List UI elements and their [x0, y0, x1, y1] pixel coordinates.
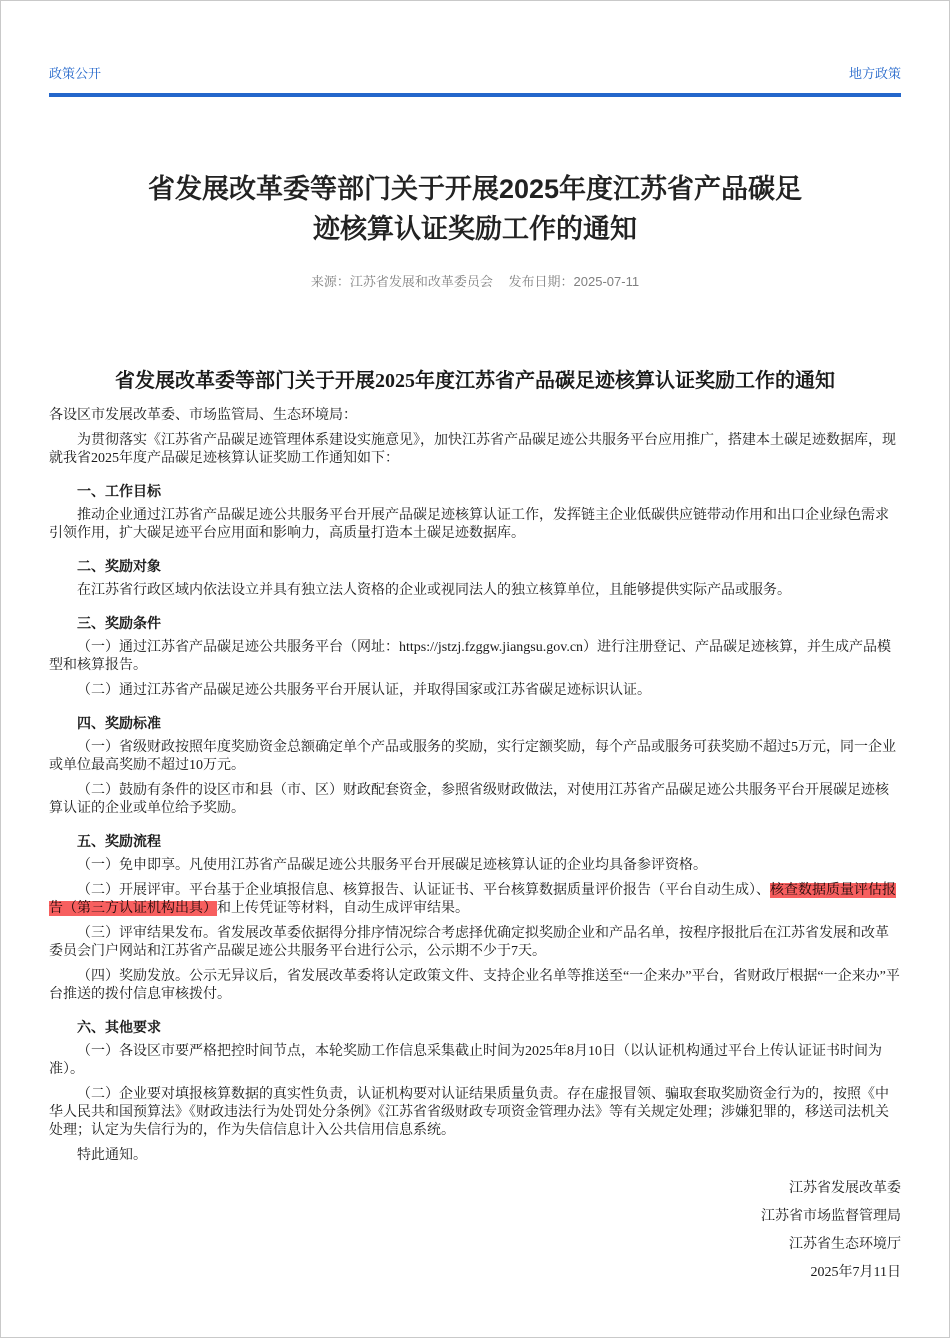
- section-1-paragraph-1: 推动企业通过江苏省产品碳足迹公共服务平台开展产品碳足迹核算认证工作，发挥链主企业…: [49, 507, 901, 543]
- document-title: 省发展改革委等部门关于开展2025年度江苏省产品碳足迹核算认证奖励工作的通知: [49, 368, 901, 394]
- page-title: 省发展改革委等部门关于开展2025年度江苏省产品碳足迹核算认证奖励工作的通知: [135, 169, 815, 249]
- closing-line: 特此通知。: [49, 1147, 901, 1165]
- document-body: 省发展改革委等部门关于开展2025年度江苏省产品碳足迹核算认证奖励工作的通知 各…: [49, 368, 901, 1287]
- section-1-heading: 一、工作目标: [49, 482, 901, 500]
- nav-link-policy-disclosure[interactable]: 政策公开: [49, 63, 101, 82]
- section-3-heading: 三、奖励条件: [49, 614, 901, 632]
- intro-paragraph: 为贯彻落实《江苏省产品碳足迹管理体系建设实施意见》，加快江苏省产品碳足迹公共服务…: [49, 432, 901, 468]
- section-5-paragraph-1: （一）免申即享。凡使用江苏省产品碳足迹公共服务平台开展碳足迹核算认证的企业均具备…: [49, 857, 901, 875]
- section-2-heading: 二、奖励对象: [49, 557, 901, 575]
- section-4-paragraph-1: （一）省级财政按照年度奖励资金总额确定单个产品或服务的奖励，实行定额奖励，每个产…: [49, 739, 901, 775]
- article-source: 来源：江苏省发展和改革委员会: [311, 274, 493, 289]
- article-publish-date: 发布日期：2025-07-11: [509, 274, 640, 289]
- top-nav: 政策公开 地方政策: [49, 63, 901, 82]
- section-4-heading: 四、奖励标准: [49, 714, 901, 732]
- signature-org-1: 江苏省发展改革委: [49, 1175, 901, 1203]
- section-5-paragraph-3: （三）评审结果发布。省发展改革委依据得分排序情况综合考虑择优确定拟奖励企业和产品…: [49, 925, 901, 961]
- header-divider-bar: [49, 93, 901, 97]
- section-3-paragraph-1: （一）通过江苏省产品碳足迹公共服务平台（网址：https://jstzj.fzg…: [49, 639, 901, 675]
- nav-link-local-policy[interactable]: 地方政策: [849, 63, 901, 82]
- signature-org-3: 江苏省生态环境厅: [49, 1231, 901, 1259]
- section-6-heading: 六、其他要求: [49, 1018, 901, 1036]
- section-5-paragraph-4: （四）奖励发放。公示无异议后，省发展改革委将认定政策文件、支持企业名单等推送至“…: [49, 968, 901, 1004]
- page: 政策公开 地方政策 省发展改革委等部门关于开展2025年度江苏省产品碳足迹核算认…: [0, 0, 950, 1338]
- section-4-paragraph-2: （二）鼓励有条件的设区市和县（市、区）财政配套资金，参照省级财政做法，对使用江苏…: [49, 782, 901, 818]
- signature-org-2: 江苏省市场监督管理局: [49, 1203, 901, 1231]
- salutation: 各设区市发展改革委、市场监管局、生态环境局：: [49, 407, 901, 425]
- section-5-paragraph-2: （二）开展评审。平台基于企业填报信息、核算报告、认证证书、平台核算数据质量评价报…: [49, 882, 901, 918]
- signature-block: 江苏省发展改革委 江苏省市场监督管理局 江苏省生态环境厅 2025年7月11日: [49, 1175, 901, 1287]
- paragraph-text: 和上传凭证等材料，自动生成评审结果。: [217, 901, 469, 916]
- section-5-heading: 五、奖励流程: [49, 832, 901, 850]
- signature-date: 2025年7月11日: [49, 1259, 901, 1287]
- section-6-paragraph-2: （二）企业要对填报核算数据的真实性负责，认证机构要对认证结果质量负责。存在虚报冒…: [49, 1086, 901, 1140]
- article-meta: 来源：江苏省发展和改革委员会 发布日期：2025-07-11: [49, 271, 901, 290]
- section-6-paragraph-1: （一）各设区市要严格把控时间节点，本轮奖励工作信息采集截止时间为2025年8月1…: [49, 1043, 901, 1079]
- paragraph-text: （二）开展评审。平台基于企业填报信息、核算报告、认证证书、平台核算数据质量评价报…: [77, 883, 770, 898]
- section-2-paragraph-1: 在江苏省行政区域内依法设立并具有独立法人资格的企业或视同法人的独立核算单位，且能…: [49, 582, 901, 600]
- section-3-paragraph-2: （二）通过江苏省产品碳足迹公共服务平台开展认证，并取得国家或江苏省碳足迹标识认证…: [49, 682, 901, 700]
